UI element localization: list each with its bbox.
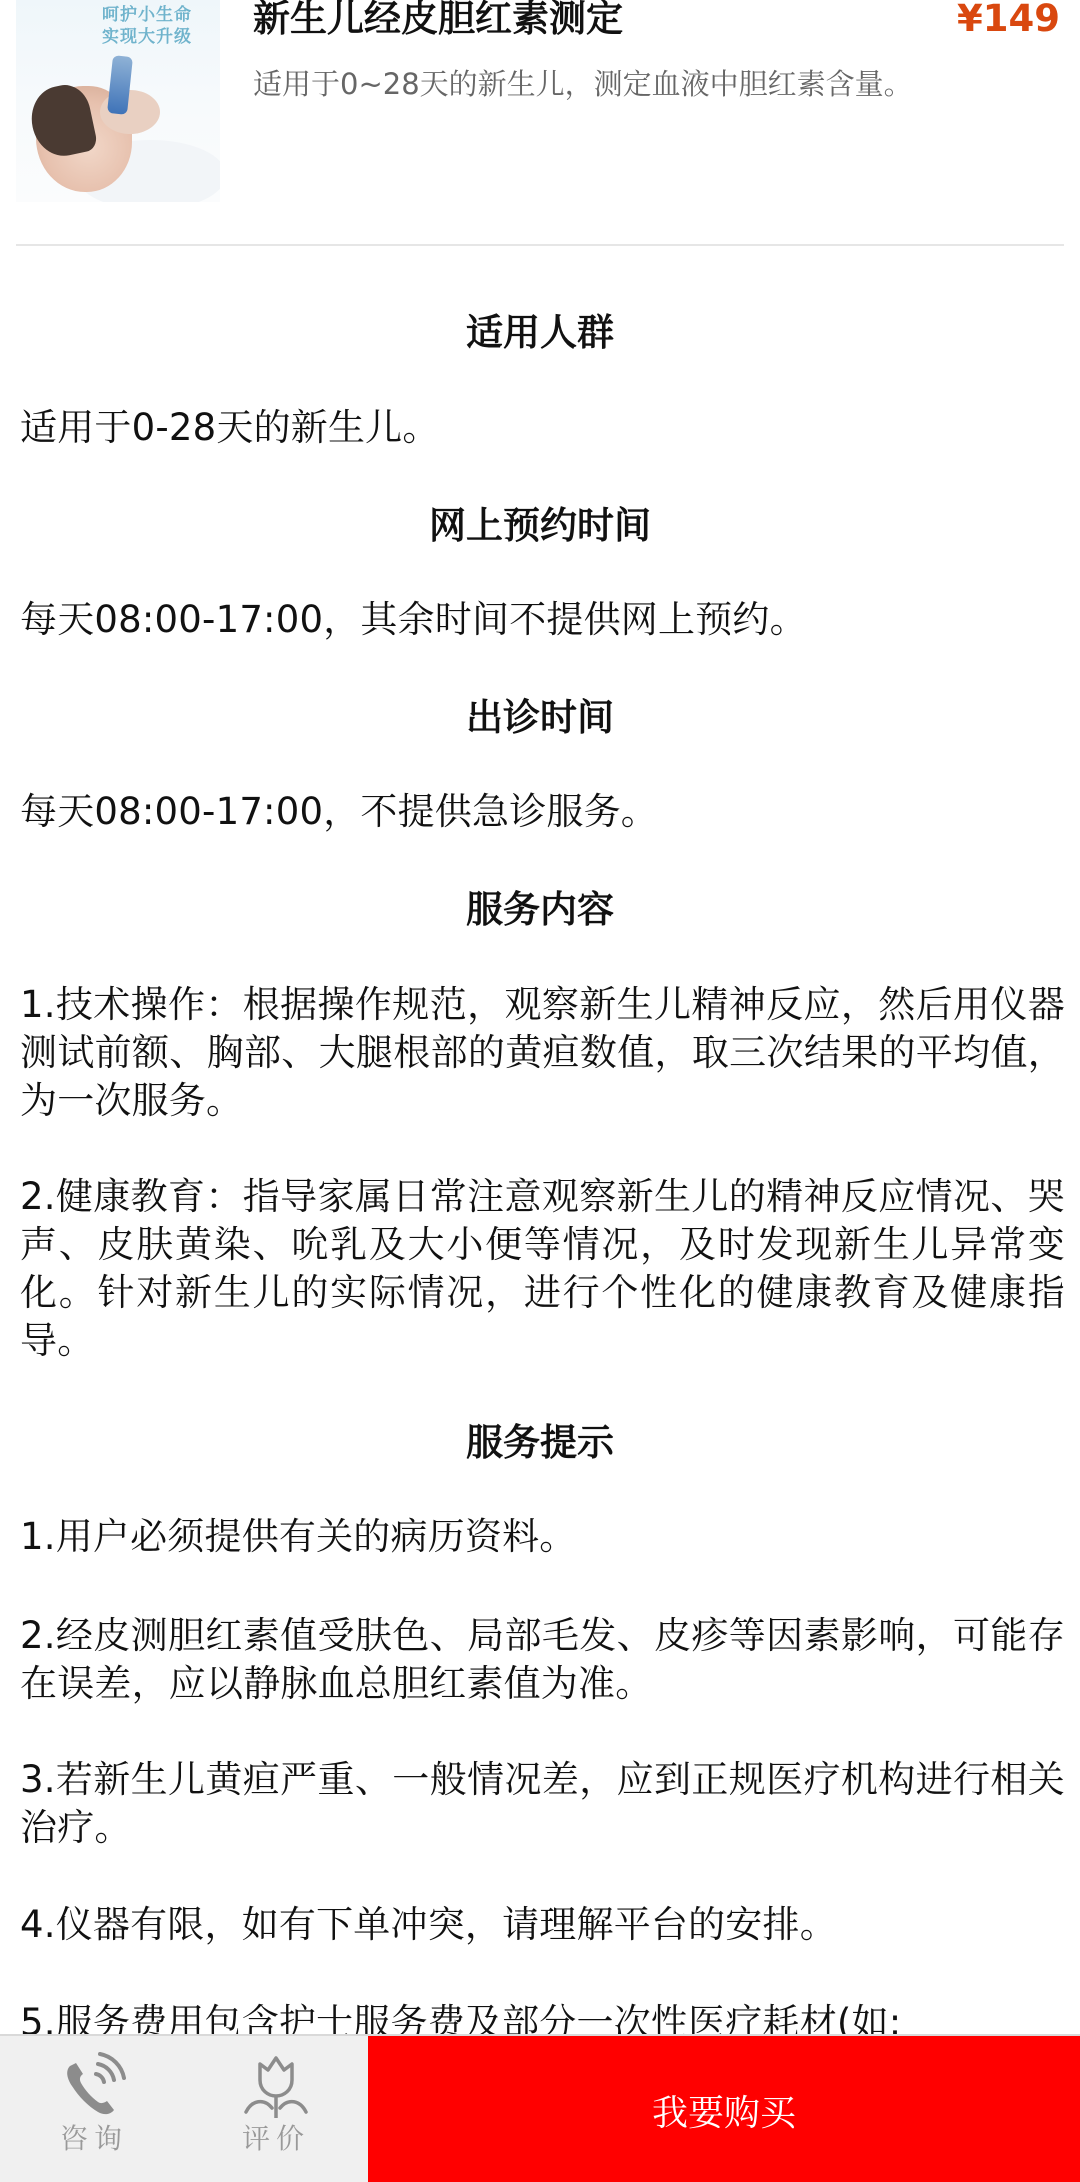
service-content-item-1: 1.技术操作：根据操作规范，观察新生儿精神反应，然后用仪器测试前额、胸部、大腿根… [20, 981, 1065, 1125]
review-label: 评价 [242, 2122, 310, 2156]
service-tip-3: 3.若新生儿黄疸严重、一般情况差，应到正规医疗机构进行相关治疗。 [20, 1756, 1065, 1852]
target-group-text: 适用于0-28天的新生儿。 [20, 404, 1065, 452]
thumbnail-slogan: 呵护小生命 实现大升级 [102, 4, 220, 48]
service-tip-2: 2.经皮测胆红素值受肤色、局部毛发、皮疹等因素影响，可能存在误差，应以静脉血总胆… [20, 1612, 1065, 1708]
visit-time-text: 每天08:00-17:00，不提供急诊服务。 [20, 788, 1065, 836]
consult-label: 咨询 [60, 2122, 128, 2156]
booking-time-text: 每天08:00-17:00，其余时间不提供网上预约。 [20, 596, 1065, 644]
buy-now-button[interactable]: 我要购买 [368, 2036, 1080, 2182]
product-thumbnail: 呵护小生命 实现大升级 [16, 0, 220, 202]
section-heading-booking-time: 网上预约时间 [0, 503, 1080, 549]
service-content-item-2: 2.健康教育：指导家属日常注意观察新生儿的精神反应情况、哭声、皮肤黄染、吮乳及大… [20, 1173, 1065, 1365]
service-tip-1: 1.用户必须提供有关的病历资料。 [20, 1513, 1065, 1561]
section-heading-visit-time: 出诊时间 [0, 695, 1080, 741]
phone-icon [56, 2050, 132, 2120]
tulip-icon [238, 2050, 314, 2120]
section-heading-service-tips: 服务提示 [0, 1420, 1080, 1466]
thumbnail-slogan-line2: 实现大升级 [102, 26, 220, 48]
header-divider [16, 244, 1064, 246]
product-subtitle: 适用于0~28天的新生儿，测定血液中胆红素含量。 [253, 64, 913, 104]
section-heading-target-group: 适用人群 [0, 310, 1080, 356]
product-card: 呵护小生命 实现大升级 新生儿经皮胆红素测定 ¥149 适用于0~28天的新生儿… [0, 0, 1080, 246]
product-title: 新生儿经皮胆红素测定 [253, 0, 623, 42]
consult-button[interactable]: 咨询 [14, 2036, 174, 2182]
review-button[interactable]: 评价 [196, 2036, 356, 2182]
thumbnail-slogan-line1: 呵护小生命 [102, 4, 220, 26]
section-heading-service-content: 服务内容 [0, 887, 1080, 933]
bottom-action-bar: 咨询 评价 我要购买 [0, 2034, 1080, 2182]
product-price: ¥149 [957, 0, 1060, 42]
service-tip-4: 4.仪器有限，如有下单冲突，请理解平台的安排。 [20, 1901, 1065, 1949]
